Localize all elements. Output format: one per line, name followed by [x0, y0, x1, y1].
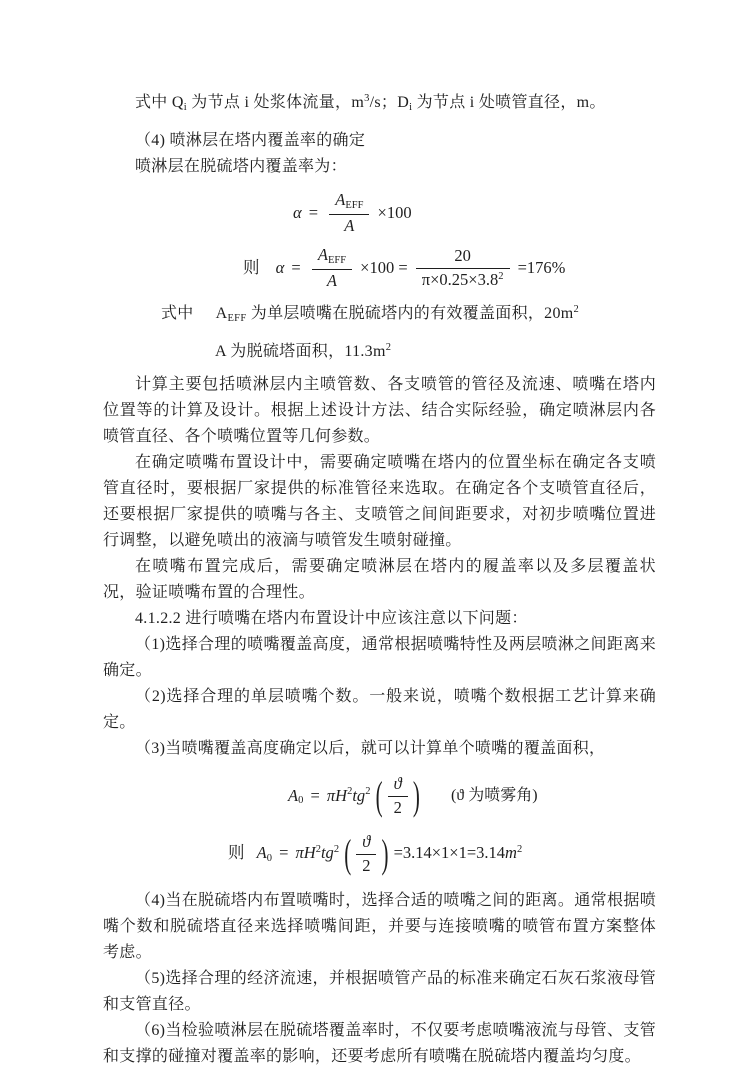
- fraction-20-over-pi: 20π×0.25×3.82: [416, 246, 510, 290]
- superscript-2: 2: [498, 271, 503, 282]
- formula-coverage-ratio: α = AEFFA ×100: [293, 190, 656, 236]
- fraction-theta-over-2: ϑ2: [356, 832, 376, 876]
- text-run: （1)选择合理的喷嘴覆盖高度，通常根据喷嘴特性及两层喷淋之间距离来确定。: [103, 636, 656, 679]
- right-paren: ): [413, 773, 420, 819]
- tower-area-line: A 为脱硫塔面积，11.3m2: [103, 335, 656, 365]
- subscript-0: 0: [298, 795, 303, 806]
- text-run: 在确定喷嘴布置设计中，需要确定喷嘴在塔内的位置坐标在确定各支喷管直径时，要根据厂…: [103, 454, 656, 549]
- superscript-2: 2: [334, 844, 339, 855]
- wherein-aeff-line: 式中AEFF 为单层喷嘴在脱硫塔内的有效覆盖面积，20m2: [103, 297, 656, 332]
- numerator-theta: ϑ: [388, 774, 408, 797]
- subscript-EFF: EFF: [227, 313, 246, 324]
- equals-sign: =: [309, 204, 318, 223]
- spray-angle-note: (ϑ 为喷雾角): [451, 787, 538, 805]
- text-run: （3)当喷嘴覆盖高度确定以后，就可以计算单个喷嘴的覆盖面积，: [135, 740, 605, 757]
- then-label: 则: [228, 844, 245, 863]
- denominator-A: A: [329, 215, 369, 236]
- result-expression: =3.14×1×1=3.14: [394, 844, 505, 863]
- superscript-2: 2: [574, 304, 580, 315]
- denominator-2: 2: [356, 855, 376, 876]
- text-run: 式中 Q: [135, 94, 184, 111]
- superscript-2: 2: [365, 786, 370, 797]
- wherein-label: 式中: [161, 305, 194, 322]
- pi-H-term: πH: [296, 844, 316, 863]
- document-content: 式中 Qi 为节点 i 处浆体流量，m3/s；Di 为节点 i 处喷管直径，m。…: [0, 0, 756, 1070]
- pi-H-term: πH: [327, 787, 347, 806]
- text-run: （4)当在脱硫塔内布置喷嘴时，选择合适的喷嘴之间的距离。通常根据喷嘴个数和脱硫塔…: [103, 892, 656, 961]
- text-run: 为节点 i 处浆体流量，m: [187, 94, 364, 111]
- fraction-aeff-over-a: AEFFA: [312, 245, 352, 291]
- text-run: 为节点 i 处喷管直径，m。: [412, 94, 605, 111]
- list-item-6: （6)当检验喷淋层在脱硫塔覆盖率时，不仅要考虑喷嘴液流与母管、支管和支撑的碰撞对…: [103, 1018, 656, 1070]
- text-run: 为单层喷嘴在脱硫塔内的有效覆盖面积，20m: [246, 305, 573, 322]
- times-100: ×100: [378, 204, 412, 223]
- left-paren: (: [344, 831, 351, 877]
- fraction-aeff-over-a: AEFFA: [329, 190, 369, 236]
- text-run: /s；D: [370, 94, 409, 111]
- formula-single-nozzle-area: A0 = πH2tg2 (ϑ2) (ϑ 为喷雾角): [288, 774, 656, 818]
- text-run: （5)选择合理的经济流速，并根据喷管产品的标准来确定石灰石浆液母管和支管直径。: [103, 970, 656, 1013]
- tg-term: tg: [352, 787, 365, 806]
- tg-term: tg: [321, 844, 334, 863]
- subscript-0: 0: [267, 853, 272, 864]
- list-item-1: （1)选择合理的喷嘴覆盖高度，通常根据喷嘴特性及两层喷淋之间距离来确定。: [103, 632, 656, 684]
- list-item-3: （3)当喷嘴覆盖高度确定以后，就可以计算单个喷嘴的覆盖面积，: [103, 736, 656, 762]
- symbol-A0: A: [257, 844, 267, 863]
- paragraph-calculation: 计算主要包括喷淋层内主喷管数、各支喷管的管径及流速、喷嘴在塔内位置等的计算及设计…: [103, 372, 656, 450]
- symbol-A: A: [216, 305, 228, 322]
- text-run: A 为脱硫塔面积，11.3m: [215, 343, 386, 360]
- result-176-percent: =176%: [518, 259, 566, 278]
- alpha-symbol: α: [293, 204, 302, 223]
- equals-sign: =: [279, 844, 288, 863]
- heading-text: 4.1.2.2 进行喷嘴在塔内布置设计中应该注意以下问题：: [135, 610, 528, 627]
- numerator-A: A: [318, 245, 328, 264]
- superscript-2: 2: [386, 342, 392, 353]
- subscript-EFF: EFF: [345, 200, 363, 211]
- symbols-definition-line: 式中 Qi 为节点 i 处浆体流量，m3/s；Di 为节点 i 处喷管直径，m。: [103, 86, 656, 121]
- superscript-2: 2: [517, 844, 522, 855]
- text-run: 喷淋层在脱硫塔内覆盖率为：: [135, 158, 347, 175]
- subscript-EFF: EFF: [328, 255, 346, 266]
- denominator-2: 2: [388, 797, 408, 818]
- text-run: （2)选择合理的单层喷嘴个数。一般来说，喷嘴个数根据工艺计算来确定。: [103, 688, 656, 731]
- formula-single-nozzle-area-calculated: 则 A0 = πH2tg2 (ϑ2) =3.14×1×1=3.14 m2: [228, 832, 656, 876]
- document-page: 式中 Qi 为节点 i 处浆体流量，m3/s；Di 为节点 i 处喷管直径，m。…: [0, 0, 756, 1070]
- text-run: （6)当检验喷淋层在脱硫塔覆盖率时，不仅要考虑喷嘴液流与母管、支管和支撑的碰撞对…: [103, 1022, 656, 1065]
- text-run: 在喷嘴布置完成后，需要确定喷淋层在塔内的履盖率以及多层覆盖状况，验证喷嘴布置的合…: [103, 558, 656, 601]
- numerator-theta: ϑ: [356, 832, 376, 855]
- coverage-lead-line: 喷淋层在脱硫塔内覆盖率为：: [103, 154, 656, 180]
- denominator-A: A: [312, 270, 352, 291]
- list-item-4: （4)当在脱硫塔内布置喷嘴时，选择合适的喷嘴之间的距离。通常根据喷嘴个数和脱硫塔…: [103, 888, 656, 966]
- then-label: 则: [243, 259, 260, 278]
- numerator-20: 20: [416, 246, 510, 269]
- paragraph-nozzle-position: 在确定喷嘴布置设计中，需要确定喷嘴在塔内的位置坐标在确定各支喷管直径时，要根据厂…: [103, 450, 656, 554]
- alpha-symbol: α: [276, 259, 285, 278]
- times-100-equals: ×100 =: [360, 259, 408, 278]
- numerator-A: A: [335, 190, 345, 209]
- list-item-2: （2)选择合理的单层喷嘴个数。一般来说，喷嘴个数根据工艺计算来确定。: [103, 684, 656, 736]
- denominator-expression: π×0.25×3.8: [422, 270, 498, 289]
- paragraph-verify-layout: 在喷嘴布置完成后，需要确定喷淋层在塔内的履盖率以及多层覆盖状况，验证喷嘴布置的合…: [103, 554, 656, 606]
- heading-item-4: （4) 喷淋层在塔内覆盖率的确定: [103, 128, 656, 154]
- left-paren: (: [376, 773, 383, 819]
- equals-sign: =: [291, 259, 300, 278]
- fraction-theta-over-2: ϑ2: [388, 774, 408, 818]
- unit-m: m: [505, 844, 517, 863]
- right-paren: ): [381, 831, 388, 877]
- symbol-A0: A: [288, 787, 298, 806]
- formula-coverage-ratio-calculated: 则 α = AEFFA ×100 = 20π×0.25×3.82 =176%: [243, 245, 656, 291]
- equals-sign: =: [310, 787, 319, 806]
- heading-4-1-2-2: 4.1.2.2 进行喷嘴在塔内布置设计中应该注意以下问题：: [103, 606, 656, 632]
- heading-text: （4) 喷淋层在塔内覆盖率的确定: [135, 132, 365, 149]
- list-item-5: （5)选择合理的经济流速，并根据喷管产品的标准来确定石灰石浆液母管和支管直径。: [103, 966, 656, 1018]
- text-run: 计算主要包括喷淋层内主喷管数、各支喷管的管径及流速、喷嘴在塔内位置等的计算及设计…: [103, 376, 656, 445]
